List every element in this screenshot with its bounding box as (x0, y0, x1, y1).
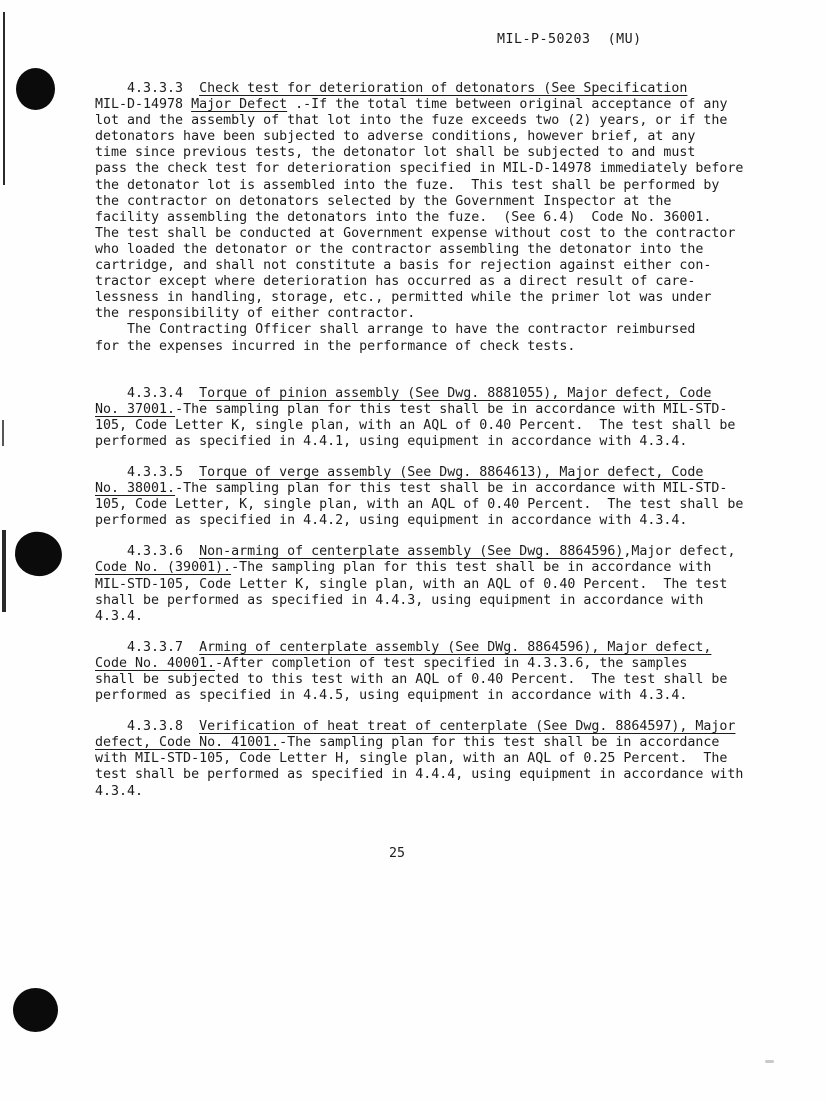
paragraph-4.3.3.7: 4.3.3.7 Arming of centerplate assembly (… (95, 640, 775, 704)
text-line: shall be performed as specified in 4.4.3… (95, 593, 775, 609)
text-run: 4.3.3.6 (95, 544, 199, 559)
text-line: lessness in handling, storage, etc., per… (95, 290, 775, 306)
text-run: -The sampling plan for this test shall b… (175, 481, 727, 496)
underlined-text-run: Code No. (39001). (95, 560, 231, 575)
text-line: 4.3.3.5 Torque of verge assembly (See Dw… (95, 465, 775, 481)
underlined-text-run: No. 37001. (95, 402, 175, 417)
text-run: the responsibility of either contractor. (95, 306, 415, 321)
text-line: The test shall be conducted at Governmen… (95, 226, 775, 242)
text-line: 105, Code Letter, K, single plan, with a… (95, 497, 775, 513)
text-line: Code No. (39001).-The sampling plan for … (95, 560, 775, 576)
text-line: 4.3.4. (95, 609, 775, 625)
underlined-text-run: Verification of heat treat of centerplat… (199, 719, 735, 734)
text-line: lot and the assembly of that lot into th… (95, 113, 775, 129)
text-line: 4.3.3.8 Verification of heat treat of ce… (95, 719, 775, 735)
text-run: performed as specified in 4.4.2, using e… (95, 513, 687, 528)
text-line: time since previous tests, the detonator… (95, 145, 775, 161)
paragraph-4.3.3.5: 4.3.3.5 Torque of verge assembly (See Dw… (95, 465, 775, 529)
text-line: Code No. 40001.-After completion of test… (95, 656, 775, 672)
text-run: cartridge, and shall not constitute a ba… (95, 258, 711, 273)
text-run: .-If the total time between original acc… (287, 97, 727, 112)
text-run: performed as specified in 4.4.1, using e… (95, 434, 687, 449)
underlined-text-run: No. 38001. (95, 481, 175, 496)
text-run: MIL-STD-105, Code Letter K, single plan,… (95, 577, 727, 592)
paragraph-4.3.3.6: 4.3.3.6 Non-arming of centerplate assemb… (95, 544, 775, 624)
text-line: performed as specified in 4.4.1, using e… (95, 434, 775, 450)
paragraph-4.3.3.4: 4.3.3.4 Torque of pinion assembly (See D… (95, 386, 775, 450)
hole-punch-mark-middle (12, 529, 65, 579)
text-run: the contractor on detonators selected by… (95, 194, 671, 209)
text-line: 4.3.3.3 Check test for deterioration of … (95, 81, 775, 97)
scan-edge-tick (2, 420, 4, 446)
text-line: MIL-STD-105, Code Letter K, single plan,… (95, 577, 775, 593)
underlined-text-run: Major Defect (191, 97, 287, 112)
text-run: 105, Code Letter, K, single plan, with a… (95, 497, 743, 512)
text-line: tractor except where deterioration has o… (95, 274, 775, 290)
scan-speckle (765, 1060, 774, 1063)
text-run: The Contracting Officer shall arrange to… (95, 322, 695, 337)
text-line: 4.3.4. (95, 784, 775, 800)
text-run: 4.3.3.5 (95, 465, 199, 480)
underlined-text-run: Non-arming of centerplate assembly (See … (199, 544, 623, 559)
text-line: The Contracting Officer shall arrange to… (95, 322, 775, 338)
text-line: 105, Code Letter K, single plan, with an… (95, 418, 775, 434)
text-run: 4.3.4. (95, 784, 143, 799)
hole-punch-mark-top (16, 68, 55, 110)
underlined-text-run: Code No. 40001. (95, 656, 215, 671)
text-line: defect, Code No. 41001.-The sampling pla… (95, 735, 775, 751)
text-line: shall be subjected to this test with an … (95, 672, 775, 688)
paragraph-4.3.3.3: 4.3.3.3 Check test for deterioration of … (95, 81, 775, 355)
text-run: pass the check test for deterioration sp… (95, 161, 743, 176)
text-line: MIL-D-14978 Major Defect .-If the total … (95, 97, 775, 113)
text-run: -The sampling plan for this test shall b… (175, 402, 727, 417)
text-run: -The sampling plan for this test shall b… (231, 560, 711, 575)
document-page: MIL-P-50203 (MU) 4.3.3.3 Check test for … (0, 0, 827, 1102)
text-line: with MIL-STD-105, Code Letter H, single … (95, 751, 775, 767)
text-run: shall be subjected to this test with an … (95, 672, 727, 687)
text-line: performed as specified in 4.4.2, using e… (95, 513, 775, 529)
document-header-id: MIL-P-50203 (MU) (497, 32, 642, 47)
page-number: 25 (389, 846, 405, 861)
scan-edge-line-top (3, 12, 5, 185)
underlined-text-run: Torque of pinion assembly (See Dwg. 8881… (199, 386, 711, 401)
paragraph-4.3.3.8: 4.3.3.8 Verification of heat treat of ce… (95, 719, 775, 799)
text-line: performed as specified in 4.4.5, using e… (95, 688, 775, 704)
text-run: ,Major defect, (623, 544, 735, 559)
text-run: detonators have been subjected to advers… (95, 129, 695, 144)
text-run: the detonator lot is assembled into the … (95, 178, 719, 193)
text-run: MIL-D-14978 (95, 97, 191, 112)
text-run: facility assembling the detonators into … (95, 210, 711, 225)
document-body: 4.3.3.3 Check test for deterioration of … (95, 81, 775, 815)
text-run: 4.3.4. (95, 609, 143, 624)
text-line: No. 38001.-The sampling plan for this te… (95, 481, 775, 497)
text-run: The test shall be conducted at Governmen… (95, 226, 735, 241)
text-line: cartridge, and shall not constitute a ba… (95, 258, 775, 274)
text-run: 4.3.3.4 (95, 386, 199, 401)
text-run: -The sampling plan for this test shall b… (279, 735, 719, 750)
scan-edge-line-middle (2, 530, 6, 612)
text-run: 4.3.3.3 (95, 81, 199, 96)
text-run: tractor except where deterioration has o… (95, 274, 695, 289)
text-line: the detonator lot is assembled into the … (95, 178, 775, 194)
text-line: test shall be performed as specified in … (95, 767, 775, 783)
text-line: the contractor on detonators selected by… (95, 194, 775, 210)
text-line: pass the check test for deterioration sp… (95, 161, 775, 177)
text-run: performed as specified in 4.4.5, using e… (95, 688, 687, 703)
text-run: shall be performed as specified in 4.4.3… (95, 593, 703, 608)
underlined-text-run: defect, Code No. 41001. (95, 735, 279, 750)
text-run: with MIL-STD-105, Code Letter H, single … (95, 751, 727, 766)
text-run: test shall be performed as specified in … (95, 767, 743, 782)
underlined-text-run: Arming of centerplate assembly (See DWg.… (199, 640, 711, 655)
hole-punch-mark-bottom (13, 988, 58, 1032)
text-line: 4.3.3.4 Torque of pinion assembly (See D… (95, 386, 775, 402)
underlined-text-run: Check test for deterioration of detonato… (199, 81, 687, 96)
text-line: detonators have been subjected to advers… (95, 129, 775, 145)
text-run: 4.3.3.8 (95, 719, 199, 734)
text-run: time since previous tests, the detonator… (95, 145, 695, 160)
text-line: 4.3.3.6 Non-arming of centerplate assemb… (95, 544, 775, 560)
text-line: No. 37001.-The sampling plan for this te… (95, 402, 775, 418)
text-line: 4.3.3.7 Arming of centerplate assembly (… (95, 640, 775, 656)
text-run: who loaded the detonator or the contract… (95, 242, 703, 257)
underlined-text-run: Torque of verge assembly (See Dwg. 88646… (199, 465, 703, 480)
text-line: facility assembling the detonators into … (95, 210, 775, 226)
text-line: the responsibility of either contractor. (95, 306, 775, 322)
text-line: for the expenses incurred in the perform… (95, 339, 775, 355)
text-run: 105, Code Letter K, single plan, with an… (95, 418, 735, 433)
text-run: for the expenses incurred in the perform… (95, 339, 575, 354)
text-run: lessness in handling, storage, etc., per… (95, 290, 711, 305)
text-run: -After completion of test specified in 4… (215, 656, 687, 671)
text-run: 4.3.3.7 (95, 640, 199, 655)
text-run: lot and the assembly of that lot into th… (95, 113, 727, 128)
text-line: who loaded the detonator or the contract… (95, 242, 775, 258)
